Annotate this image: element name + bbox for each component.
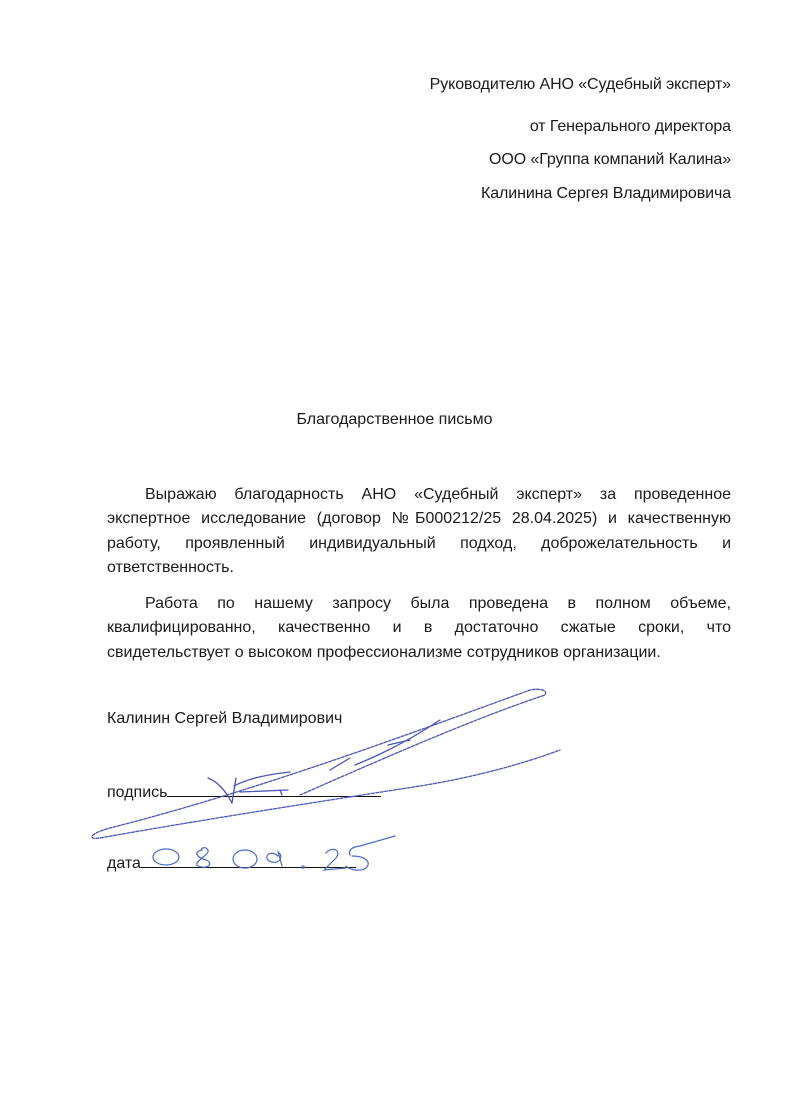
date-line [141,853,356,868]
signature-label: подпись [107,784,167,801]
signature-line [167,782,381,797]
date-field: дата [107,853,356,873]
body-paragraph-1: Выражаю благодарность АНО «Судебный эксп… [107,483,731,580]
letter-title: Благодарственное письмо [0,411,789,429]
signature-field: подпись [107,782,381,802]
signatory-name: Калинин Сергей Владимирович [107,710,342,728]
sender-company: ООО «Группа компаний Калина» [489,151,731,169]
date-label: дата [107,855,141,872]
sender-position: от Генерального директора [530,118,731,136]
addressee: Руководителю АНО «Судебный эксперт» [430,76,731,94]
body-paragraph-2: Работа по нашему запросу была проведена … [107,592,731,665]
sender-name: Калинина Сергея Владимировича [481,185,731,203]
